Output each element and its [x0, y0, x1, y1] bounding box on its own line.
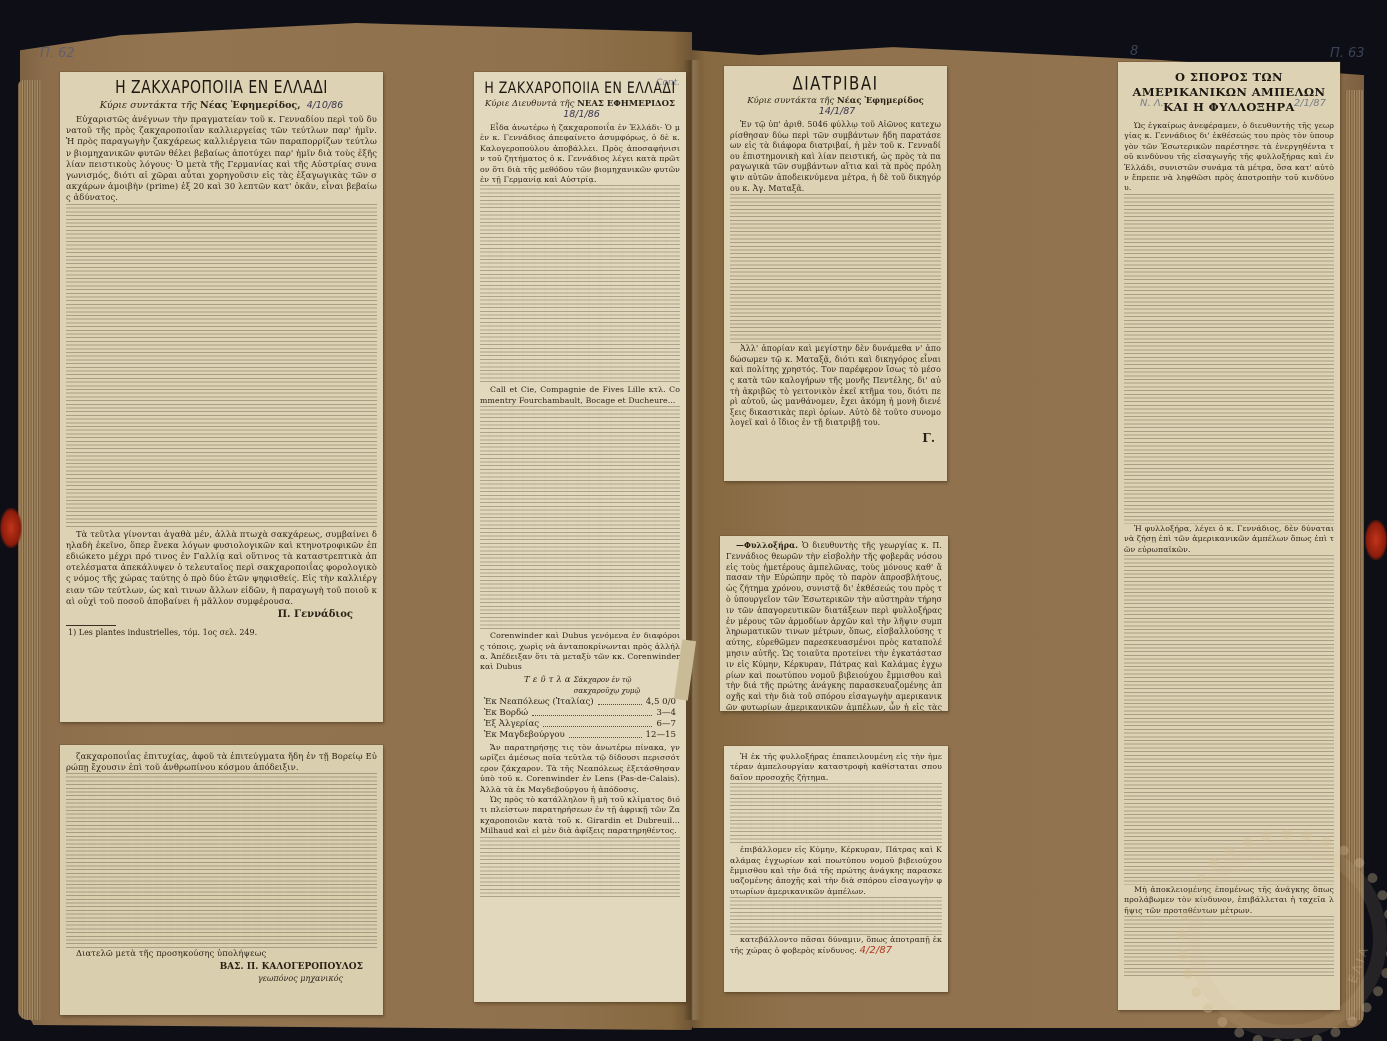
clipping-phylloxera-notice: —Φυλλοξήρα. Ὁ διευθυντὴς τῆς γεωργίας κ.…	[720, 536, 948, 711]
paragraph-opening: ζακχαροποιΐας ἐπιτυχίας, ἀφοῦ τὰ ἐπιτεύγ…	[66, 751, 377, 773]
paragraph-opening: Εὐχαριστῶς ἀνέγνων τὴν πραγματείαν τοῦ κ…	[66, 114, 377, 204]
text-continuation	[480, 406, 680, 631]
album-spread: Π. 62 Π. 63 8 Η ΖΑΚΧΑΡΟΠΟΙΙΑ ΕΝ ΕΛΛΑΔΙ Κ…	[0, 0, 1387, 1041]
clipping-phylloxera-threat: Ἡ ἐκ τῆς φυλλοξήρας ἐπαπειλουμένη εἰς τὴ…	[724, 746, 948, 992]
table-row: Ἐξ Ἀλγερίας 6—7	[484, 719, 676, 730]
clipping-sugar-production-2: ζακχαροποιΐας ἐπιτυχίας, ἀφοῦ τὰ ἐπιτεύγ…	[60, 745, 383, 1015]
text-continuation	[1124, 555, 1334, 885]
clipping-headline: Η ΖΑΚΧΑΡΟΠΟΙΙΑ ΕΝ ΕΛΛΑΔΙ	[64, 78, 379, 98]
clipping-body: Ἐν τῷ ὑπ' ἀριθ. 5046 φύλλῳ τοῦ Αἰῶνος κα…	[724, 120, 947, 194]
clipping-body-end: Ἀλλ' ἀπορίαν καὶ μεγίστην δὲν δυνάμεθα ν…	[724, 344, 947, 429]
clipping-body: —Φυλλοξήρα. Ὁ διευθυντὴς τῆς γεωργίας κ.…	[720, 536, 948, 711]
text-continuation	[480, 185, 680, 385]
clipping-american-vines: Ο ΣΠΟΡΟΣ ΤΩΝ ΑΜΕΡΙΚΑΝΙΚΩΝ ΑΜΠΕΛΩΝ ΚΑΙ Η …	[1118, 62, 1340, 1010]
footnote: 1) Les plantes industrielles, τόμ. 1ος σ…	[60, 626, 383, 641]
pencil-note: Cont.	[656, 78, 680, 88]
clipping-body: Ὡς ἐγκαίρως ἀνεφέραμεν, ὁ διευθυντὴς τῆς…	[1118, 117, 1340, 194]
lead-word: —Φυλλοξήρα.	[736, 541, 798, 550]
pencil-mark: Ν. Λ.	[1140, 98, 1164, 109]
newspaper-name: Νέας Ἐφημερίδος,	[200, 100, 301, 111]
clipping-sugar-production-3: Η ΖΑΚΧΑΡΟΠΟΙΙΑ ΕΝ ΕΛΛΑΔΙ Cont. Κύριε Διε…	[474, 72, 686, 1002]
newspaper-name: ΝΕΑΣ ΕΦΗΜΕΡΙΔΟΣ	[577, 99, 675, 109]
table-row: Ἐκ Νεαπόλεως (Ἰταλίας) 4,5 0/0	[484, 697, 676, 708]
left-page-number: Π. 62	[40, 46, 75, 61]
right-page-edges	[1345, 90, 1363, 1020]
sugar-content-table: Τεῦτλα Σάκχαρον ἐν τῷ σακχαροῦχῳ χυμῷ Ἐκ…	[474, 673, 686, 743]
text-continuation	[730, 897, 942, 935]
post-table-text: Ἄν παρατηρήσῃς τις τὸν ἀνωτέρω πίνακα, γ…	[474, 743, 686, 837]
newspaper-name: Νέας Ἐφημερίδος	[837, 96, 924, 106]
clipping-sugar-production-1: Η ΖΑΚΧΑΡΟΠΟΙΙΑ ΕΝ ΕΛΛΑΔΙ Κύριε συντάκτα …	[60, 72, 383, 722]
clipping-byline: Κύριε Διευθυντὰ τῆς ΝΕΑΣ ΕΦΗΜΕΡΙΔΟΣ 18/1…	[478, 99, 682, 120]
clipping-body: Εἶδα ἀνωτέρω ἡ ζακχαροποιΐα ἐν Ἑλλάδι· Ὁ…	[474, 123, 686, 185]
handwritten-date: 4/2/87	[859, 945, 892, 956]
handwritten-date: 14/1/87	[819, 106, 856, 117]
signature: Π. Γεννάδιος	[60, 607, 383, 622]
clipping-body: ζακχαροποιΐας ἐπιτυχίας, ἀφοῦ τὰ ἐπιτεύγ…	[60, 745, 383, 773]
clipping-body-end: Μὴ ἀποκλειομένης ἑπομένως τῆς ἀνάγκης ὅπ…	[1118, 885, 1340, 916]
signature: Γ.	[724, 429, 947, 447]
pre-table-text: Corenwinder καὶ Dubus γενόμενα ἐν διαφόρ…	[474, 631, 686, 673]
handwritten-date: 2/1/87	[1294, 98, 1326, 109]
text-continuation	[1124, 194, 1334, 524]
clipping-headline: ΔΙΑΤΡΙΒΑΙ	[728, 72, 943, 95]
clipping-body-mid: ἐπιβάλλομεν εἰς Κύμην, Κέρκυραν, Πάτρας …	[724, 845, 948, 897]
text-continuation	[730, 783, 942, 845]
table-row: Ἐκ Βορδώ 3—4	[484, 708, 676, 719]
bookmark-ribbon-left	[0, 508, 22, 548]
clipping-headline: Η ΖΑΚΧΑΡΟΠΟΙΙΑ ΕΝ ΕΛΛΑΔΙ	[478, 78, 682, 97]
clipping-byline: Κύριε συντάκτα τῆς Νέας Ἐφημερίδος, 4/10…	[64, 100, 379, 111]
signature: ΒΑΣ. Π. ΚΑΛΟΓΕΡΟΠΟΥΛΟΣ	[60, 960, 383, 974]
text-continuation	[66, 773, 377, 948]
right-top-pencil-mark: 8	[1130, 44, 1138, 59]
handwritten-date: 4/10/86	[307, 100, 344, 111]
bookmark-ribbon-right	[1365, 520, 1387, 560]
text-continuation	[66, 204, 377, 529]
clipping-body-mid: Call et Cie, Compagnie de Fives Lille κτ…	[474, 385, 686, 406]
clipping-body: Εὐχαριστῶς ἀνέγνων τὴν πραγματείαν τοῦ κ…	[60, 114, 383, 204]
text-continuation	[1124, 916, 1334, 976]
text-continuation	[480, 837, 680, 897]
left-page-edges	[18, 80, 42, 1020]
clipping-body-mid: Ἡ φυλλοξήρα, λέγει ὁ κ. Γεννάδιος, δὲν δ…	[1118, 524, 1340, 555]
clipping-body: Ἡ ἐκ τῆς φυλλοξήρας ἐπαπειλουμένη εἰς τὴ…	[724, 746, 948, 783]
clipping-body-end: κατεβάλλοντο πᾶσαι δύναμιν, ὅπως ἀποτραπ…	[724, 935, 948, 956]
clipping-byline: Κύριε συντάκτα τῆς Νέας Ἐφημερίδος 14/1/…	[728, 96, 943, 117]
handwritten-date: 18/1/86	[563, 109, 600, 120]
table-row: Ἐκ Μαγδεβούργου 12—15	[484, 730, 676, 741]
signature-title: γεωπόνος μηχανικός	[60, 974, 383, 983]
closing-line: Διατελῶ μετὰ τῆς προσηκούσης ὑπολήψεως	[60, 948, 383, 959]
text-continuation	[730, 194, 941, 344]
right-page-number: Π. 63	[1330, 46, 1365, 61]
table-header: Τεῦτλα Σάκχαρον ἐν τῷ σακχαροῦχῳ χυμῷ	[484, 675, 676, 697]
clipping-body-end: Τὰ τεῦτλα γίνονται ἀγαθὰ μέν, ἀλλὰ πτωχὰ…	[60, 529, 383, 607]
paragraph-closing: Τὰ τεῦτλα γίνονται ἀγαθὰ μέν, ἀλλὰ πτωχὰ…	[66, 529, 377, 607]
clipping-treatises: ΔΙΑΤΡΙΒΑΙ Κύριε συντάκτα τῆς Νέας Ἐφημερ…	[724, 66, 947, 481]
